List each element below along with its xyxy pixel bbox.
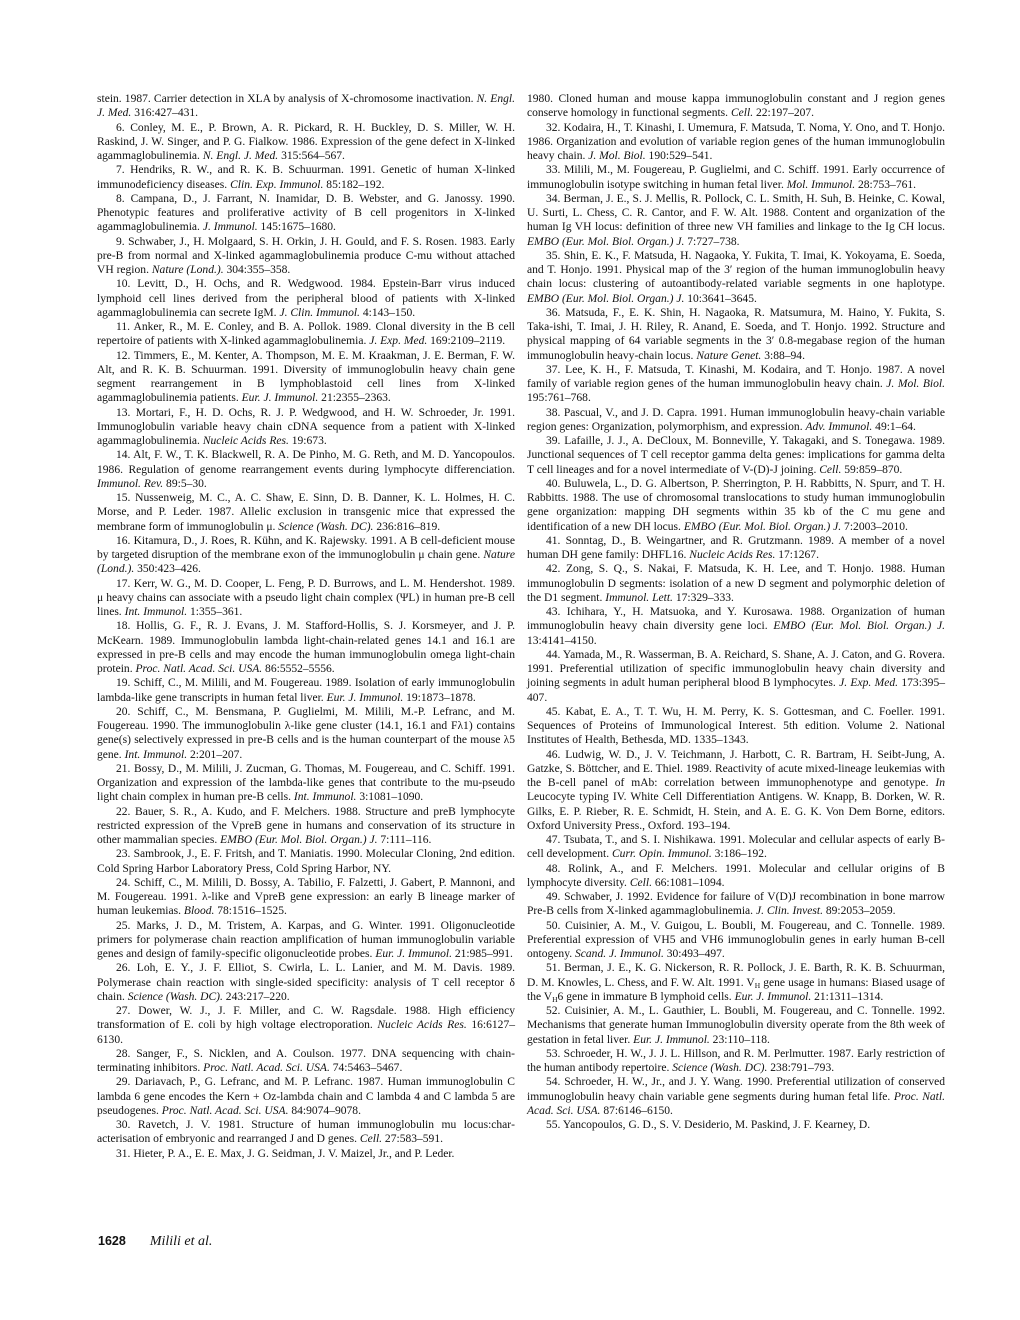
journal-name: Eur. J. Immunol. [633,1034,710,1046]
journal-name: EMBO (Eur. Mol. Biol. Organ.) J. [684,521,841,533]
reference-text: 3:186–192. [712,848,767,860]
reference-text: 238:791–793. [767,1062,834,1074]
reference-entry: 42. Zong, S. Q., S. Nakai, F. Matsuda, K… [527,562,945,605]
reference-text: 3:1081–1090. [356,791,423,803]
journal-name: Blood. [184,905,214,917]
journal-name: Nucleic Acids Res. [377,1019,466,1031]
reference-text: 1:355–361. [187,606,242,618]
reference-text: 85:182–192. [323,179,384,191]
reference-entry: 32. Kodaira, H., T. Kinashi, I. Umemura,… [527,121,945,164]
reference-entry: 21. Bossy, D., M. Milili, J. Zucman, G. … [97,762,515,805]
reference-text: 7:2003–2010. [841,521,908,533]
reference-entry: 34. Berman, J. E., S. J. Mellis, R. Poll… [527,192,945,249]
reference-entry: 22. Bauer, S. R., A. Kudo, and F. Melche… [97,805,515,848]
reference-text: 350:423–426. [134,563,201,575]
reference-text: 30:493–497. [664,948,725,960]
reference-text: 7:727–738. [684,236,739,248]
journal-name: N. Engl. J. Med. [203,150,278,162]
journal-name: Eur. J. Immunol. [375,948,452,960]
journal-name: J. Mol. Biol. [886,378,945,390]
reference-entry: 31. Hieter, P. A., E. E. Max, J. G. Seid… [97,1147,515,1161]
reference-entry: 28. Sanger, F., S. Nicklen, and A. Couls… [97,1047,515,1076]
reference-text: 89:5–30. [163,478,207,490]
reference-entry: 9. Schwaber, J., H. Molgaard, S. H. Orki… [97,235,515,278]
reference-entry: 6. Conley, M. E., P. Brown, A. R. Pickar… [97,121,515,164]
journal-name: Proc. Natl. Acad. Sci. USA. [162,1105,289,1117]
reference-entry: 45. Kabat, E. A., T. T. Wu, H. M. Perry,… [527,705,945,748]
reference-text: 4:143–150. [360,307,415,319]
running-head: Milili et al. [150,1234,213,1250]
reference-text: 55. Yancopoulos, G. D., S. V. Desiderio,… [546,1119,870,1131]
reference-entry: 55. Yancopoulos, G. D., S. V. Desiderio,… [527,1118,945,1132]
reference-text: 17:329–333. [673,592,734,604]
reference-text: stein. 1987. Carrier detection in XLA by… [97,93,477,105]
reference-entry: 53. Schroeder, H. W., J. J. L. Hillson, … [527,1047,945,1076]
reference-entry: 16. Kitamura, D., J. Roes, R. Kühn, and … [97,534,515,577]
reference-text: 21:2355–2363. [318,392,391,404]
reference-entry: 15. Nussenweig, M. C., A. C. Shaw, E. Si… [97,491,515,534]
references-right-column: 1980. Cloned human and mouse kappa immun… [527,92,945,1132]
reference-text: 243:217–220. [223,991,290,1003]
reference-text: 19:1873–1878. [403,692,476,704]
journal-name: Int. Immunol. [125,606,188,618]
page-number: 1628 [98,1234,126,1248]
reference-entry: 37. Lee, K. H., F. Matsuda, T. Kinashi, … [527,363,945,406]
reference-entry: 29. Dariavach, P., G. Lefranc, and M. P.… [97,1075,515,1118]
reference-text: 42. Zong, S. Q., S. Nakai, F. Matsuda, K… [527,563,945,604]
reference-text: 59:859–870. [841,464,902,476]
reference-text: 22:197–207. [753,107,814,119]
reference-entry: 26. Loh, E. Y., J. F. Elliot, S. Cwirla,… [97,961,515,1004]
reference-text: 13:4141–4150. [527,635,597,647]
reference-text: 34. Berman, J. E., S. J. Mellis, R. Poll… [527,193,945,234]
journal-name: J. Exp. Med. [839,677,898,689]
reference-text: 7:111–116. [378,834,432,846]
reference-text: 169:2109–2119. [427,335,505,347]
journal-name: Mol. Immunol. [787,179,855,191]
reference-entry: 46. Ludwig, W. D., J. V. Teichmann, J. H… [527,748,945,834]
journal-name: Eur. J. Immunol. [327,692,404,704]
reference-text: 45. Kabat, E. A., T. T. Wu, H. M. Perry,… [527,706,945,747]
journal-name: J. Exp. Med. [369,335,427,347]
journal-name: Immunol. Rev. [97,478,163,490]
journal-name: In [935,777,945,789]
reference-text: 30. Ravetch, J. V. 1981. Structure of hu… [97,1119,515,1145]
journal-name: Cell. [731,107,753,119]
reference-entry: 30. Ravetch, J. V. 1981. Structure of hu… [97,1118,515,1147]
reference-entry: 23. Sambrook, J., E. F. Fritsh, and T. M… [97,847,515,876]
journal-name: Science (Wash. DC). [128,991,223,1003]
reference-text: 6 gene in immature B lymphoid cells. [558,991,735,1003]
reference-entry: 8. Campana, D., J. Farrant, N. Inamidar,… [97,192,515,235]
journal-name: Proc. Natl. Acad. Sci. USA. [135,663,262,675]
reference-entry: 10. Levitt, D., H. Ochs, and R. Wedgwood… [97,277,515,320]
reference-text: 89:2053–2059. [823,905,896,917]
reference-entry: 39. Lafaille, J. J., A. DeCloux, M. Bonn… [527,434,945,477]
journal-name: J. Clin. Invest. [756,905,823,917]
reference-entry: 50. Cuisinier, A. M., V. Guigou, L. Boub… [527,919,945,962]
reference-text: 316:427–431. [131,107,198,119]
reference-text: 48. Rolink, A., and F. Melchers. 1991. M… [527,863,945,889]
reference-text: 24. Schiff, C., M. Milili, D. Bossy, A. … [97,877,515,918]
journal-name: J. Mol. Biol. [588,150,645,162]
journal-name: Science (Wash. DC). [672,1062,767,1074]
reference-text: 145:1675–1680. [258,221,336,233]
reference-entry: 54. Schroeder, H. W., Jr., and J. Y. Wan… [527,1075,945,1118]
journal-name: Science (Wash. DC). [278,521,373,533]
reference-entry: 17. Kerr, W. G., M. D. Cooper, L. Feng, … [97,577,515,620]
journal-name: Int. Immunol. [294,791,357,803]
journal-name: J. Immunol. [203,221,258,233]
reference-text: 190:529–541. [646,150,713,162]
reference-text: 3:88–94. [761,350,805,362]
reference-text: 49:1–64. [872,421,916,433]
reference-entry: 52. Cuisinier, A. M., L. Gauthier, L. Bo… [527,1004,945,1047]
journal-name: EMBO (Eur. Mol. Biol. Organ.) J. [527,293,684,305]
journal-name: Adv. Im­munol. [805,421,872,433]
reference-text: 31. Hieter, P. A., E. E. Max, J. G. Seid… [116,1148,454,1160]
journal-name: EMBO (Eur. Mol. Biol. Organ.) J. [220,834,377,846]
reference-text: 315:564–567. [278,150,345,162]
reference-text: 14. Alt, F. W., T. K. Blackwell, R. A. D… [97,449,515,475]
reference-entry: 25. Marks, J. D., M. Tristem, A. Karpas,… [97,919,515,962]
journal-name: Clin. Exp. Immunol. [230,179,323,191]
reference-entry: 47. Tsubata, T., and S. I. Nishikawa. 19… [527,833,945,862]
reference-entry: 33. Milili, M., M. Fougereau, P. Gugliel… [527,163,945,192]
reference-entry: 18. Hollis, G. F., R. J. Evans, J. M. St… [97,619,515,676]
reference-entry: 12. Timmers, E., M. Kenter, A. Thompson,… [97,349,515,406]
reference-text: 304:355–358. [224,264,291,276]
journal-name: Cell. [360,1133,382,1145]
journal-name: EMBO (Eur. Mol. Biol. Organ.) J. [527,236,684,248]
journal-name: Curr. Opin. Immunol. [612,848,712,860]
document-page: stein. 1987. Carrier detection in XLA by… [0,0,1020,1320]
reference-entry: 41. Sonntag, D., B. Weingartner, and R. … [527,534,945,563]
reference-entry: 1980. Cloned human and mouse kappa immun… [527,92,945,121]
reference-text: 37. Lee, K. H., F. Matsuda, T. Kinashi, … [527,364,945,390]
reference-text: 21:1311–1314. [811,991,883,1003]
reference-entry: 14. Alt, F. W., T. K. Blackwell, R. A. D… [97,448,515,491]
reference-text: 78:1516–1525. [214,905,287,917]
journal-name: Eur. J. Immunol. [735,991,812,1003]
reference-text: 46. Ludwig, W. D., J. V. Teichmann, J. H… [527,749,945,790]
reference-entry: 27. Dower, W. J., J. F. Miller, and C. W… [97,1004,515,1047]
reference-text: 236:816–819. [373,521,440,533]
reference-text: 16. Kitamura, D., J. Roes, R. Kühn, and … [97,535,515,561]
reference-entry: 35. Shin, E. K., F. Matsuda, H. Nagaoka,… [527,249,945,306]
reference-entry: 44. Yamada, M., R. Wasserman, B. A. Reic… [527,648,945,705]
reference-entry: 40. Buluwela, L., D. G. Albertson, P. Sh… [527,477,945,534]
reference-entry: 49. Schwaber, J. 1992. Evidence for fail… [527,890,945,919]
reference-text: 195:761–768. [527,392,591,404]
reference-text: 23. Sambrook, J., E. F. Fritsh, and T. M… [97,848,515,874]
journal-name: EMBO (Eur. Mol. Biol. Organ.) J. [773,620,945,632]
journal-name: Cell. [630,877,652,889]
reference-text: 74:5463–5467. [330,1062,403,1074]
reference-text: 87:6146–6150. [600,1105,673,1117]
page-footer: 1628 Milili et al. [98,1234,212,1250]
journal-name: Nature (Lond.). [152,264,224,276]
journal-name: Nature Genet. [696,350,761,362]
reference-text: 66:1081–1094. [652,877,725,889]
reference-text: 19:673. [289,435,327,447]
reference-text: 54. Schroeder, H. W., Jr., and J. Y. Wan… [527,1076,945,1102]
reference-text: 27:583–591. [382,1133,443,1145]
journal-name: Scand. J. Immunol. [575,948,664,960]
reference-text: 28:753–761. [855,179,916,191]
reference-text: 84:9074–9078. [288,1105,361,1117]
reference-text: 10:3641–3645. [684,293,757,305]
reference-text: 35. Shin, E. K., F. Matsuda, H. Nagaoka,… [527,250,945,291]
reference-entry: 13. Mortari, F., H. D. Ochs, R. J. P. We… [97,406,515,449]
journal-name: Cell. [819,464,841,476]
reference-entry: stein. 1987. Carrier detection in XLA by… [97,92,515,121]
reference-entry: 24. Schiff, C., M. Milili, D. Bossy, A. … [97,876,515,919]
journal-name: Proc. Natl. Acad. Sci. USA. [203,1062,330,1074]
reference-entry: 7. Hendriks, R. W., and R. K. B. Schuurm… [97,163,515,192]
reference-entry: 48. Rolink, A., and F. Melchers. 1991. M… [527,862,945,891]
reference-entry: 19. Schiff, C., M. Milili, and M. Fouger… [97,676,515,705]
journal-name: Int. Immunol. [125,749,188,761]
journal-name: Nucleic Acids Res. [689,549,775,561]
reference-text: 2:201–207. [187,749,242,761]
reference-entry: 11. Anker, R., M. E. Conley, and B. A. P… [97,320,515,349]
reference-text: 23:110–118. [710,1034,770,1046]
journal-name: Nucleic Acids Res. [203,435,289,447]
reference-entry: 51. Berman, J. E., K. G. Nickerson, R. R… [527,961,945,1004]
reference-text: 86:5552–5556. [262,663,335,675]
reference-entry: 20. Schiff, C., M. Bensmana, P. Guglielm… [97,705,515,762]
reference-text: 17:1267. [775,549,819,561]
reference-entry: 36. Matsuda, F., E. K. Shin, H. Nagaoka,… [527,306,945,363]
journal-name: Eur. J. Immunol. [242,392,319,404]
reference-text: Leucocyte typing IV. White Cell Differen… [527,791,945,832]
references-left-column: stein. 1987. Carrier detection in XLA by… [97,92,515,1161]
reference-entry: 38. Pascual, V., and J. D. Capra. 1991. … [527,406,945,435]
journal-name: J. Clin. Immunol. [279,307,360,319]
journal-name: Immunol. Lett. [605,592,673,604]
reference-text: 21:985–991. [452,948,513,960]
reference-entry: 43. Ichihara, Y., H. Matsuoka, and Y. Ku… [527,605,945,648]
